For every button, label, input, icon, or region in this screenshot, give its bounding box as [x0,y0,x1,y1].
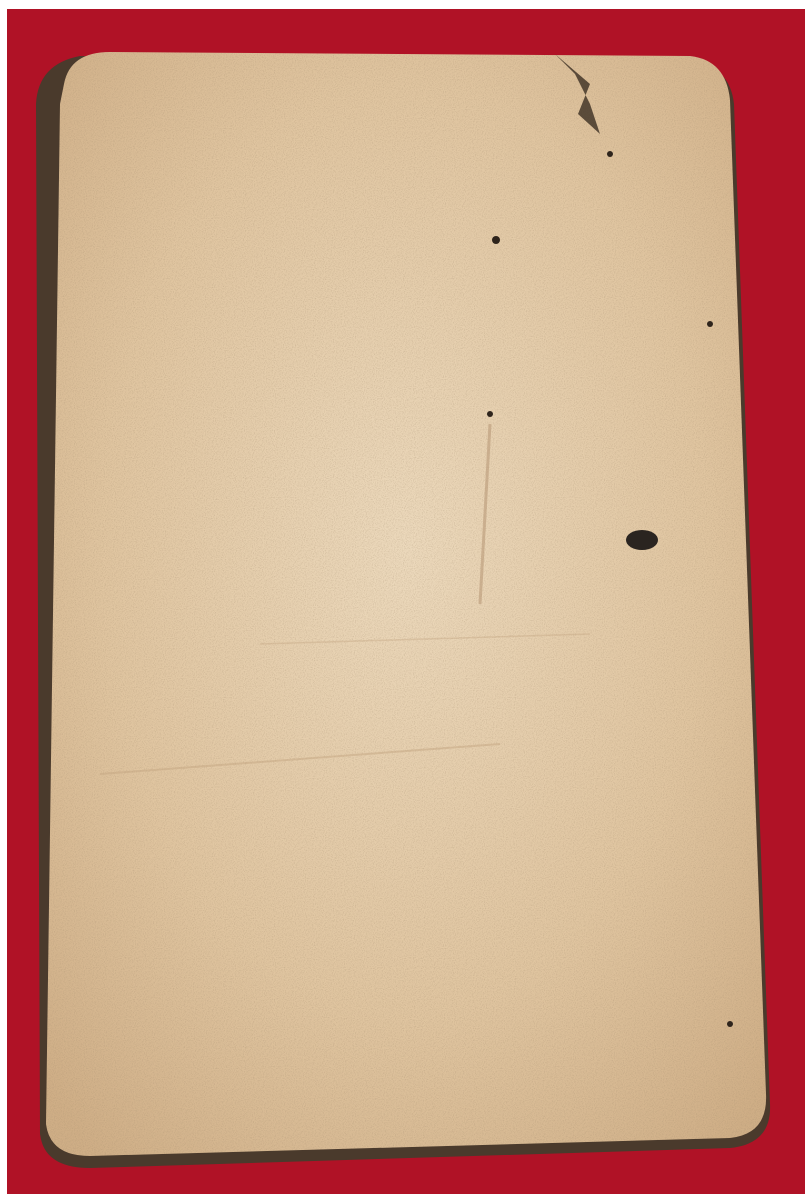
amulet-tablet [30,44,778,1172]
